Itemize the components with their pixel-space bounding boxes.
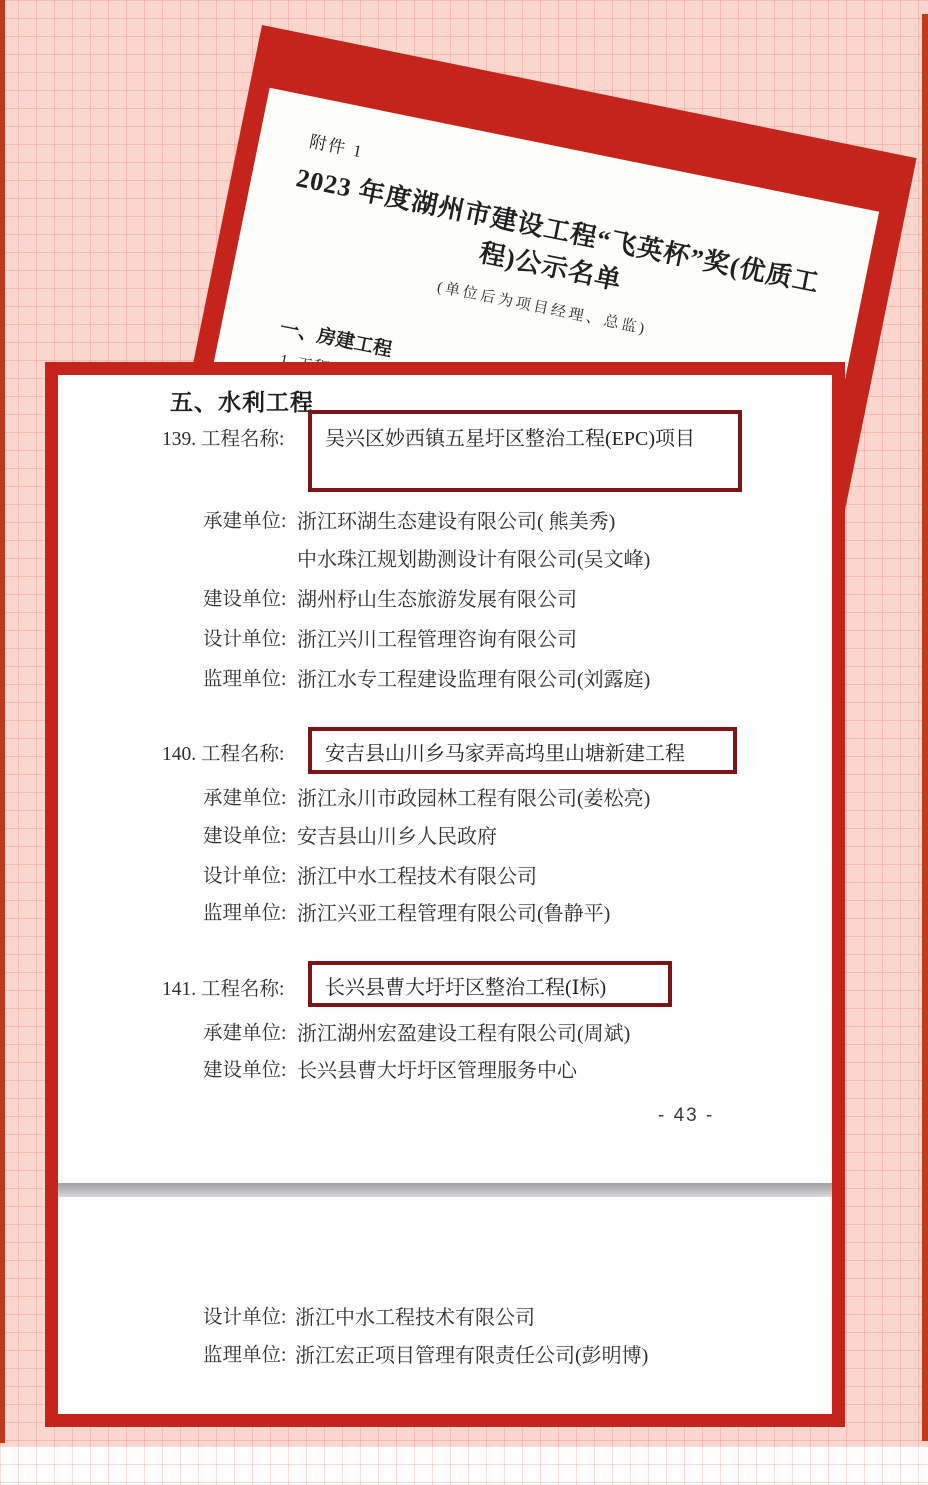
field-value: 浙江水专工程建设监理有限公司(刘露庭) [297,663,650,692]
field-label: 建设单位: [203,1054,286,1082]
field-label: 承建单位: [203,1017,286,1045]
attachment-tag: 附件 1 [308,127,367,162]
field-label: 监理单位: [203,663,286,691]
project-name: 长兴县曹大圩圩区整治工程(Ⅰ标) [312,965,668,1009]
field-value: 浙江永川市政园林工程有限公司(姜松亮) [297,782,650,811]
right-edge-strip [922,14,928,1441]
field-label: 设计单位: [203,860,286,888]
field-value: 浙江兴川工程管理咨询有限公司 [297,623,577,652]
field-label: 设计单位: [203,623,286,651]
project-name-box: 长兴县曹大圩圩区整治工程(Ⅰ标) [308,961,672,1007]
field-value: 浙江湖州宏盈建设工程有限公司(周斌) [297,1017,630,1046]
field-value: 浙江宏正项目管理有限责任公司(彭明博) [295,1339,648,1368]
page-number: - 43 - [658,1105,714,1127]
field-value: 长兴县曹大圩圩区管理服务中心 [297,1054,577,1083]
field-value: 浙江环湖生态建设有限公司( 熊美秀) [297,505,615,534]
field-label: 监理单位: [203,1339,286,1367]
announcement-page: 五、水利工程 吴兴区妙西镇五星圩区整治工程(EPC)项目 139. 工程名称: … [58,375,832,1414]
project-name: 吴兴区妙西镇五星圩区整治工程(EPC)项目 [312,414,738,460]
field-value: 浙江兴亚工程管理有限公司(鲁静平) [297,897,610,926]
project-number-label: 139. 工程名称: [162,423,284,451]
project-name: 安吉县山川乡马家弄高坞里山塘新建工程 [312,731,733,775]
project-number-label: 141. 工程名称: [162,973,284,1001]
project-name-box: 吴兴区妙西镇五星圩区整治工程(EPC)项目 [308,410,742,492]
field-label: 设计单位: [203,1301,286,1329]
screenshot-canvas: 附件 1 2023 年度湖州市建设工程“飞英杯”奖(优质工 程)公示名单 (单位… [0,0,928,1485]
field-label: 承建单位: [203,505,286,533]
announcement-panel: 五、水利工程 吴兴区妙西镇五星圩区整治工程(EPC)项目 139. 工程名称: … [45,362,845,1427]
field-label: 建设单位: [203,820,286,848]
bottom-grid-strip [0,1446,928,1485]
field-value: 浙江中水工程技术有限公司 [295,1301,535,1330]
field-label: 建设单位: [203,583,286,611]
field-value: 浙江中水工程技术有限公司 [297,860,537,889]
field-value: 湖州杼山生态旅游发展有限公司 [297,583,577,612]
section-heading: 五、水利工程 [170,384,314,417]
field-label: 监理单位: [203,897,286,925]
project-number-label: 140. 工程名称: [162,738,284,766]
left-edge-strip [0,0,5,1443]
field-value: 中水珠江规划勘测设计有限公司(吴文峰) [297,543,650,572]
project-name-box: 安吉县山川乡马家弄高坞里山塘新建工程 [308,727,737,774]
field-label: 承建单位: [203,782,286,810]
page-divider [58,1183,832,1197]
field-value: 安吉县山川乡人民政府 [297,820,497,849]
